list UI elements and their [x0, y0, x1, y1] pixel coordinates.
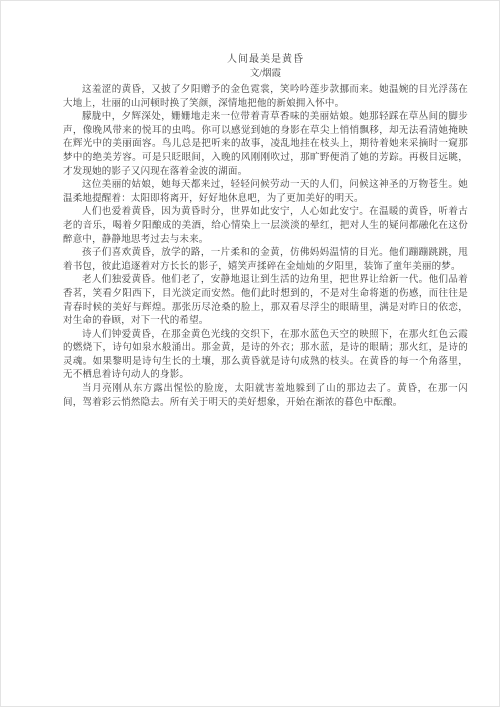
document-page: 人间最美是黄昏 文/烟霞 这羞涩的黄昏，又披了夕阳赠予的金色霓裳，笑吟吟莲步款挪… [0, 0, 500, 707]
article: 人间最美是黄昏 文/烟霞 这羞涩的黄昏，又披了夕阳赠予的金色霓裳，笑吟吟莲步款挪… [63, 53, 468, 410]
paragraph: 当月亮刚从东方露出惺忪的脸庞，太阳就害羞地躲到了山的那边去了。黄昏，在那一闪间，… [63, 383, 468, 410]
paragraph: 这羞涩的黄昏，又披了夕阳赠予的金色霓裳，笑吟吟莲步款挪而来。她温婉的目光浮荡在大… [63, 84, 468, 111]
article-byline: 文/烟霞 [63, 67, 468, 81]
paragraph: 孩子们喜欢黄昏，放学的路，一片柔和的金黄，仿佛妈妈温情的目光。他们蹦蹦跳跳，甩着… [63, 247, 468, 274]
paragraph: 老人们独爱黄昏。他们老了，安静地退让到生活的边角里，把世界让给新一代。他们品着香… [63, 274, 468, 328]
article-title: 人间最美是黄昏 [63, 53, 468, 67]
paragraph: 诗人们钟爱黄昏，在那金黄色光线的交织下，在那水蓝色天空的映照下，在那火红色云霞的… [63, 329, 468, 383]
paragraph: 人们也爱着黄昏，因为黄昏时分，世界如此安宁，人心如此安宁。在温暖的黄昏，听着古老… [63, 206, 468, 247]
paragraph: 这位美丽的姑娘，她每天都来过，轻轻问候劳动一天的人们，问候这神圣的万物苍生。她温… [63, 179, 468, 206]
article-body: 这羞涩的黄昏，又披了夕阳赠予的金色霓裳，笑吟吟莲步款挪而来。她温婉的目光浮荡在大… [63, 84, 468, 410]
paragraph: 朦胧中，夕辉深处，姗姗地走来一位带着青草香味的美丽姑娘。她那轻踩在草丛间的脚步声… [63, 111, 468, 179]
